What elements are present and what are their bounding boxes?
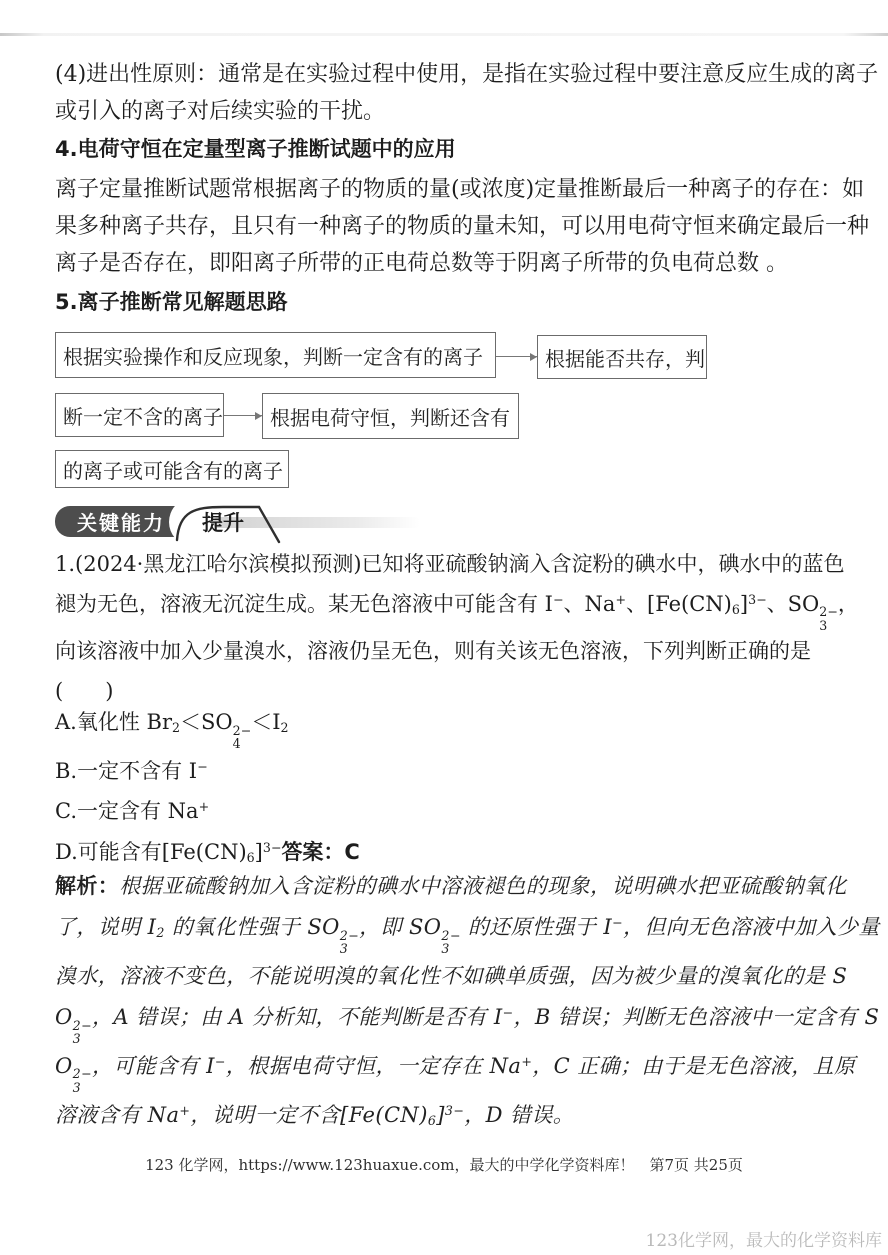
- arrow-right-icon: [530, 353, 537, 361]
- question-1: 1.(2024·黑龙江哈尔滨模拟预测)已知将亚硫酸钠滴入含淀粉的碘水中，碘水中的…: [55, 545, 845, 711]
- text-line: 或引入的离子对后续实验的干扰。: [55, 93, 845, 130]
- option-c: C.一定含有 Na+: [55, 791, 845, 832]
- analysis-line: O2−3，A 错误；由 A 分析知，不能判断是否有 I−，B 错误；判断无色溶液…: [55, 997, 845, 1046]
- key-ability-badge: 关键能力 提升: [55, 504, 555, 542]
- analysis-line: 了，说明 I2 的氧化性强于 SO2−3，即 SO2−3 的还原性强于 I−，但…: [55, 907, 845, 956]
- analysis-line: O2−3，可能含有 I−，根据电荷守恒，一定存在 Na+，C 正确；由于是无色溶…: [55, 1046, 845, 1095]
- arrow-right-icon: [255, 412, 262, 420]
- question-line: 褪为无色，溶液无沉淀生成。某无色溶液中可能含有 I−、Na+、[Fe(CN)6]…: [55, 585, 845, 633]
- watermark: 123化学网，最大的化学资料库: [646, 1226, 882, 1251]
- document-page: (4)进出性原则：通常是在实验过程中使用，是指在实验过程中要注意反应生成的离子 …: [0, 0, 888, 1255]
- flowchart-box-5: 的离子或可能含有的离子: [55, 450, 289, 488]
- answer-analysis: 解析：根据亚硫酸钠加入含淀粉的碘水中溶液褪色的现象，说明碘水把亚硫酸钠氧化 了，…: [55, 866, 845, 1136]
- flowchart: 根据实验操作和反应现象，判断一定含有的离子 根据能否共存，判 断一定不含的离子 …: [55, 330, 845, 495]
- question-line: 向该溶液中加入少量溴水，溶液仍呈无色，则有关该无色溶液，下列判断正确的是: [55, 632, 845, 672]
- analysis-line: 溴水，溶液不变色，不能说明溴的氧化性不如碘单质强，因为被少量的溴氧化的是 S: [55, 956, 845, 997]
- flowchart-box-4: 根据电荷守恒，判断还含有: [262, 393, 519, 439]
- flowchart-box-3: 断一定不含的离子: [55, 393, 224, 437]
- text-line: 果多种离子共存，且只有一种离子的物质的量未知，可以用电荷守恒来确定最后一种: [55, 208, 845, 245]
- text-line: (4)进出性原则：通常是在实验过程中使用，是指在实验过程中要注意反应生成的离子: [55, 56, 845, 93]
- option-b: B.一定不含有 I−: [55, 751, 845, 792]
- analysis-line: 解析：根据亚硫酸钠加入含淀粉的碘水中溶液褪色的现象，说明碘水把亚硫酸钠氧化: [55, 866, 845, 907]
- question-line: 1.(2024·黑龙江哈尔滨模拟预测)已知将亚硫酸钠滴入含淀粉的碘水中，碘水中的…: [55, 545, 845, 585]
- page-footer: 123 化学网，https://www.123huaxue.com，最大的中学化…: [0, 1154, 888, 1175]
- question-options: A.氧化性 Br2＜SO2−4＜I2 B.一定不含有 I− C.一定含有 Na+…: [55, 702, 845, 872]
- heading-solution-approach: 5.离子推断常见解题思路: [55, 284, 845, 321]
- text-line: 离子是否存在，即阳离子所带的正电荷总数等于阴离子所带的负电荷总数 。: [55, 245, 845, 282]
- analysis-line: 溶液含有 Na+，说明一定不含[Fe(CN)6]3−，D 错误。: [55, 1095, 845, 1136]
- heading-charge-conservation: 4.电荷守恒在定量型离子推断试题中的应用: [55, 131, 845, 168]
- flowchart-box-1: 根据实验操作和反应现象，判断一定含有的离子: [55, 332, 496, 378]
- scan-artifact-line: [0, 33, 888, 36]
- badge-label-light: 提升: [191, 505, 255, 538]
- flowchart-box-2: 根据能否共存，判: [537, 335, 707, 379]
- text-line: 离子定量推断试题常根据离子的物质的量(或浓度)定量推断最后一种离子的存在：如: [55, 171, 845, 208]
- option-a: A.氧化性 Br2＜SO2−4＜I2: [55, 702, 845, 751]
- paragraph-principle: (4)进出性原则：通常是在实验过程中使用，是指在实验过程中要注意反应生成的离子 …: [55, 56, 845, 130]
- paragraph-charge-conservation: 离子定量推断试题常根据离子的物质的量(或浓度)定量推断最后一种离子的存在：如 果…: [55, 171, 845, 282]
